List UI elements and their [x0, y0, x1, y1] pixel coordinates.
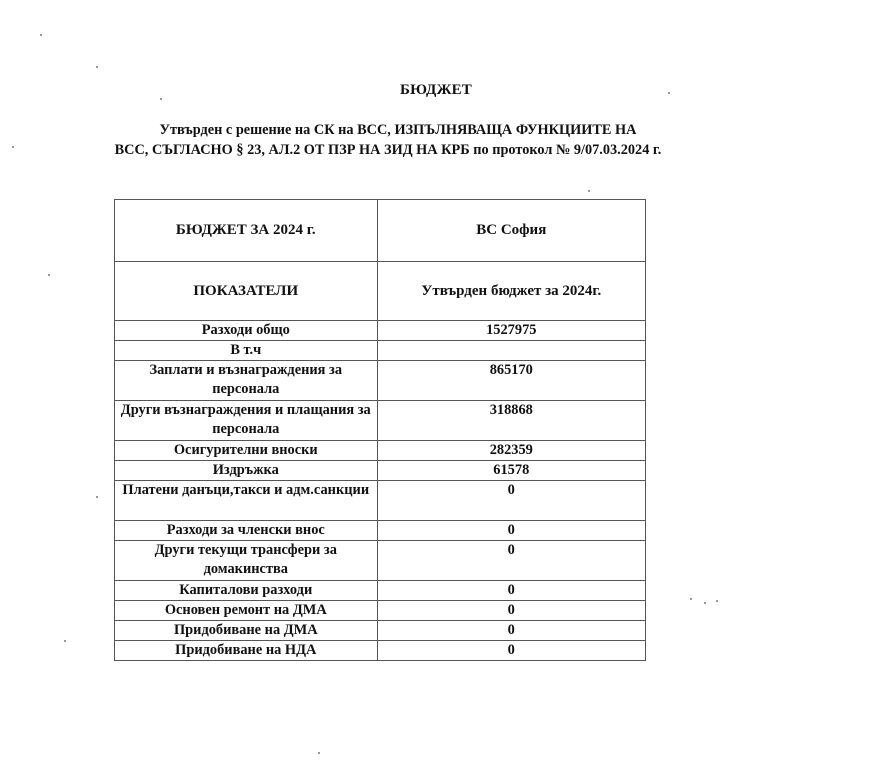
header-budget-year: БЮДЖЕТ ЗА 2024 г.	[115, 200, 378, 262]
row-value: 61578	[377, 461, 645, 481]
row-value: 0	[377, 641, 645, 661]
row-value: 0	[377, 541, 645, 581]
table-row: Придобиване на ДМА0	[115, 621, 646, 641]
table-row: Други текущи трансфери за домакинства0	[115, 541, 646, 581]
table-row: Придобиване на НДА0	[115, 641, 646, 661]
table-header-row-2: ПОКАЗАТЕЛИ Утвърден бюджет за 2024г.	[115, 262, 646, 321]
table-row: Заплати и възнаграждения за персонала865…	[115, 361, 646, 401]
subtitle-line-1: Утвърден с решение на СК на ВСС, ИЗПЪЛНЯ…	[38, 120, 738, 140]
table-row: Осигурителни вноски282359	[115, 441, 646, 461]
row-label: Придобиване на НДА	[115, 641, 378, 661]
row-label: Заплати и възнаграждения за персонала	[115, 361, 378, 401]
row-value: 0	[377, 481, 645, 521]
table-row: Разходи за членски внос0	[115, 521, 646, 541]
header-court-name: ВС София	[377, 200, 645, 262]
table-header-row-1: БЮДЖЕТ ЗА 2024 г. ВС София	[115, 200, 646, 262]
table-row: Основен ремонт на ДМА0	[115, 601, 646, 621]
subtitle-line-2: ВСС, СЪГЛАСНО § 23, АЛ.2 ОТ ПЗР НА ЗИД Н…	[38, 140, 738, 160]
table-row: В т.ч	[115, 341, 646, 361]
document-title: БЮДЖЕТ	[0, 82, 884, 99]
row-value: 0	[377, 621, 645, 641]
table-row: Капиталови разходи0	[115, 581, 646, 601]
table-row: Платени данъци,такси и адм.санкции0	[115, 481, 646, 521]
document-subtitle: Утвърден с решение на СК на ВСС, ИЗПЪЛНЯ…	[38, 120, 738, 160]
row-value: 0	[377, 521, 645, 541]
row-label: Издръжка	[115, 461, 378, 481]
row-value: 0	[377, 601, 645, 621]
row-label: Осигурителни вноски	[115, 441, 378, 461]
row-value: 865170	[377, 361, 645, 401]
table-row: Издръжка61578	[115, 461, 646, 481]
row-label: Други текущи трансфери за домакинства	[115, 541, 378, 581]
header-indicators: ПОКАЗАТЕЛИ	[115, 262, 378, 321]
row-value: 318868	[377, 401, 645, 441]
header-approved-budget: Утвърден бюджет за 2024г.	[377, 262, 645, 321]
row-label: В т.ч	[115, 341, 378, 361]
budget-table: БЮДЖЕТ ЗА 2024 г. ВС София ПОКАЗАТЕЛИ Ут…	[114, 199, 646, 661]
row-value: 0	[377, 581, 645, 601]
row-label: Разходи общо	[115, 321, 378, 341]
row-label: Капиталови разходи	[115, 581, 378, 601]
row-label: Основен ремонт на ДМА	[115, 601, 378, 621]
table-row: Други възнаграждения и плащания за персо…	[115, 401, 646, 441]
row-label: Разходи за членски внос	[115, 521, 378, 541]
row-label: Други възнаграждения и плащания за персо…	[115, 401, 378, 441]
row-value: 1527975	[377, 321, 645, 341]
row-value: 282359	[377, 441, 645, 461]
row-label: Платени данъци,такси и адм.санкции	[115, 481, 378, 521]
row-label: Придобиване на ДМА	[115, 621, 378, 641]
table-row: Разходи общо1527975	[115, 321, 646, 341]
row-value	[377, 341, 645, 361]
